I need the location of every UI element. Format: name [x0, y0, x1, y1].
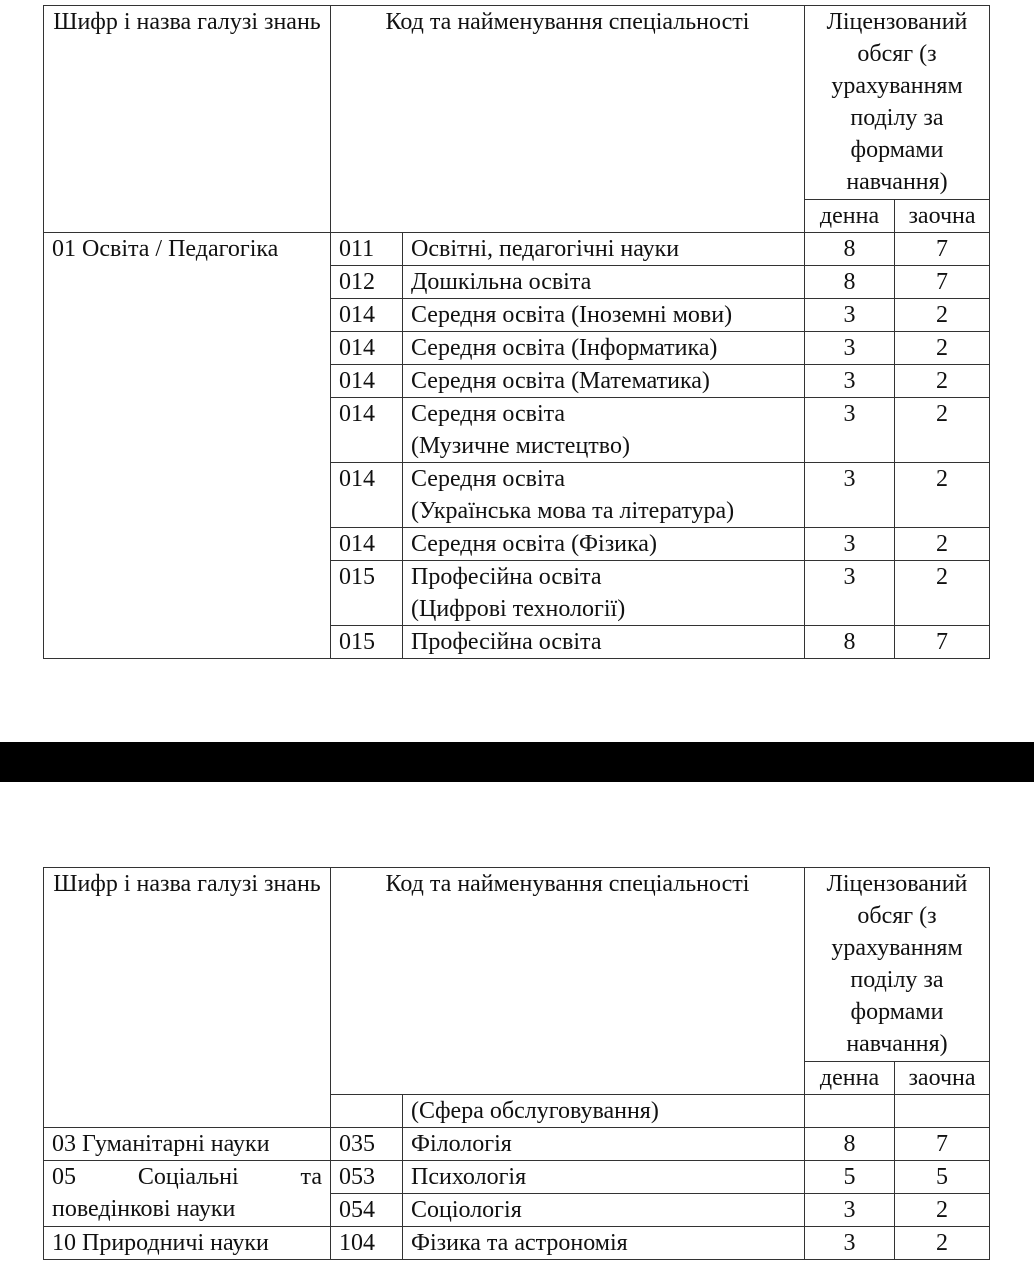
header-part-time: заочна	[895, 1062, 990, 1095]
specialty-cell: Фізика та астрономія	[403, 1227, 805, 1260]
specialty-cell: Освітні, педагогічні науки	[403, 233, 805, 266]
specialty-name: Середня освіта	[411, 463, 796, 495]
licensed-volume-table-2: Шифр і назва галузі знань Код та наймену…	[43, 867, 990, 1260]
field-cell: 03 Гуманітарні науки	[44, 1128, 331, 1161]
code-cell: 014	[331, 365, 403, 398]
specialty-cell: Середня освіта (Українська мова та літер…	[403, 463, 805, 528]
full-time-cell: 8	[805, 266, 895, 299]
code-cell: 014	[331, 332, 403, 365]
part-time-cell: 2	[895, 463, 990, 528]
table-row: 03 Гуманітарні науки 035 Філологія 8 7	[44, 1128, 990, 1161]
part-time-cell: 2	[895, 365, 990, 398]
code-cell: 014	[331, 299, 403, 332]
header-specialty: Код та найменування спеціальності	[331, 868, 805, 1095]
field-cell: 10 Природничі науки	[44, 1227, 331, 1260]
field-line-2: поведінкові науки	[52, 1193, 322, 1225]
full-time-cell: 5	[805, 1161, 895, 1194]
header-field: Шифр і назва галузі знань	[44, 6, 331, 233]
table-header-row: Шифр і назва галузі знань Код та наймену…	[44, 868, 990, 1062]
full-time-cell: 3	[805, 332, 895, 365]
specialty-cell: Середня освіта (Музичне мистецтво)	[403, 398, 805, 463]
full-time-cell: 3	[805, 365, 895, 398]
part-time-cell: 2	[895, 398, 990, 463]
code-cell: 104	[331, 1227, 403, 1260]
specialty-continuation: (Сфера обслуговування)	[403, 1095, 805, 1128]
full-time-cell: 8	[805, 1128, 895, 1161]
header-specialty: Код та найменування спеціальності	[331, 6, 805, 233]
part-time-cell	[895, 1095, 990, 1128]
full-time-cell	[805, 1095, 895, 1128]
full-time-cell: 8	[805, 626, 895, 659]
specialty-cell: Середня освіта (Іноземні мови)	[403, 299, 805, 332]
specialty-cell: Психологія	[403, 1161, 805, 1194]
full-time-cell: 8	[805, 233, 895, 266]
field-line-1: 05 Соціальні та	[52, 1161, 322, 1193]
part-time-cell: 2	[895, 299, 990, 332]
full-time-cell: 3	[805, 528, 895, 561]
part-time-cell: 2	[895, 1227, 990, 1260]
code-cell: 054	[331, 1194, 403, 1227]
full-time-cell: 3	[805, 1227, 895, 1260]
part-time-cell: 2	[895, 332, 990, 365]
field-word: Соціальні	[138, 1161, 239, 1193]
licensed-volume-table-1: Шифр і назва галузі знань Код та наймену…	[43, 5, 990, 659]
part-time-cell: 2	[895, 528, 990, 561]
specialty-cell: Професійна освіта	[403, 626, 805, 659]
code-cell: 012	[331, 266, 403, 299]
table-row: 01 Освіта / Педагогіка 011 Освітні, педа…	[44, 233, 990, 266]
part-time-cell: 7	[895, 1128, 990, 1161]
table-row: 10 Природничі науки 104 Фізика та астрон…	[44, 1227, 990, 1260]
field-word: 05	[52, 1161, 76, 1193]
specialty-subname: (Музичне мистецтво)	[411, 430, 796, 462]
specialty-cell: Середня освіта (Математика)	[403, 365, 805, 398]
part-time-cell: 2	[895, 1194, 990, 1227]
header-part-time: заочна	[895, 200, 990, 233]
code-cell: 011	[331, 233, 403, 266]
specialty-cell: Професійна освіта (Цифрові технології)	[403, 561, 805, 626]
header-field: Шифр і назва галузі знань	[44, 868, 331, 1128]
header-full-time: денна	[805, 1062, 895, 1095]
code-cell: 015	[331, 626, 403, 659]
code-cell: 014	[331, 463, 403, 528]
code-cell: 014	[331, 398, 403, 463]
page-separator-band	[0, 742, 1034, 782]
code-cell: 035	[331, 1128, 403, 1161]
specialty-cell: Дошкільна освіта	[403, 266, 805, 299]
header-licensed-volume: Ліцензований обсяг (з урахуванням поділу…	[805, 6, 990, 200]
full-time-cell: 3	[805, 463, 895, 528]
specialty-subname: (Цифрові технології)	[411, 593, 796, 625]
part-time-cell: 2	[895, 561, 990, 626]
code-cell	[331, 1095, 403, 1128]
specialty-cell: Середня освіта (Інформатика)	[403, 332, 805, 365]
code-cell: 015	[331, 561, 403, 626]
part-time-cell: 5	[895, 1161, 990, 1194]
full-time-cell: 3	[805, 1194, 895, 1227]
full-time-cell: 3	[805, 561, 895, 626]
field-cell: 01 Освіта / Педагогіка	[44, 233, 331, 659]
header-licensed-volume: Ліцензований обсяг (з урахуванням поділу…	[805, 868, 990, 1062]
specialty-name: Професійна освіта	[411, 561, 796, 593]
code-cell: 053	[331, 1161, 403, 1194]
code-cell: 014	[331, 528, 403, 561]
field-cell: 05 Соціальні та поведінкові науки	[44, 1161, 331, 1227]
specialty-name: Середня освіта	[411, 398, 796, 430]
full-time-cell: 3	[805, 398, 895, 463]
field-word: та	[301, 1161, 322, 1193]
header-full-time: денна	[805, 200, 895, 233]
part-time-cell: 7	[895, 266, 990, 299]
specialty-subname: (Українська мова та література)	[411, 495, 796, 527]
document-page-top: Шифр і назва галузі знань Код та наймену…	[0, 0, 1034, 700]
specialty-cell: Філологія	[403, 1128, 805, 1161]
part-time-cell: 7	[895, 626, 990, 659]
full-time-cell: 3	[805, 299, 895, 332]
table-row: 05 Соціальні та поведінкові науки 053 Пс…	[44, 1161, 990, 1194]
part-time-cell: 7	[895, 233, 990, 266]
table-header-row: Шифр і назва галузі знань Код та наймену…	[44, 6, 990, 200]
specialty-cell: Соціологія	[403, 1194, 805, 1227]
document-page-bottom: Шифр і назва галузі знань Код та наймену…	[0, 780, 1034, 1280]
specialty-cell: Середня освіта (Фізика)	[403, 528, 805, 561]
